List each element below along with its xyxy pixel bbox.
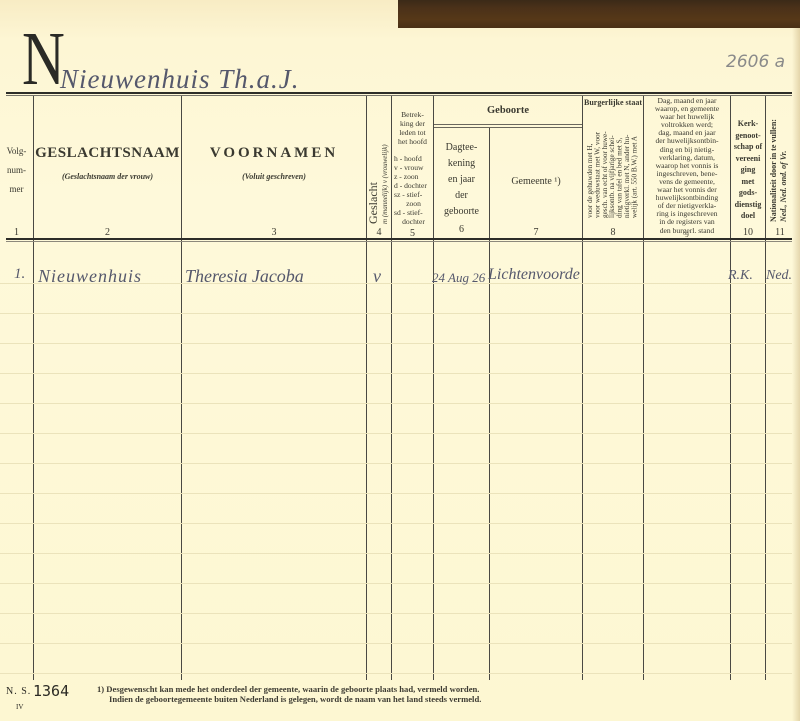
col5-line: het hoofd [392,137,433,146]
col10-line: met [731,176,765,188]
top-rule [6,92,792,94]
geslacht-title: Geslacht [368,106,379,224]
column-number: 6 [434,222,489,238]
header-rule-thin [6,241,792,242]
ruled-line [0,523,792,524]
ruled-line [0,553,792,554]
ruled-line [0,313,792,314]
col5-line: leden tot [392,128,433,137]
entry-voornamen: Theresia Jacoba [185,266,304,287]
ruled-line [0,673,792,674]
entry-nationaliteit: Ned. [766,268,792,284]
header-col-8: Burgerlijke staat voor de gehuwden met H… [583,96,643,238]
col5-line: king der [392,119,433,128]
geslachtsnaam-title: GESLACHTSNAAM [34,148,181,159]
legend-item: v - vrouw [394,163,433,172]
legend-item: sz - stief- [394,190,433,199]
reference-number: 2606 a [726,52,785,72]
geslacht-subtitle: m (mannelijk) v (vrouwelijk) [380,102,391,224]
ruled-line [0,613,792,614]
ruled-line [0,433,792,434]
column-number: 1 [0,227,33,238]
col1-line: mer [0,180,33,199]
voornamen-subtitle: (Voluit geschreven) [182,171,366,182]
col10-line: dienstig [731,199,765,211]
voornamen-title: VOORNAMEN [182,148,366,159]
header-col-10: Kerk- genoot- schap of vereeni ging met … [731,96,765,238]
ruled-line [0,643,792,644]
column-number: 5 [392,229,433,238]
ruled-line [0,403,792,404]
col5-line: Betrek- [392,110,433,119]
col6-line: geboorte [434,204,489,220]
header-col-5: Betrek- king der leden tot het hoofd h -… [392,96,433,238]
col1-line: Volg- [0,142,33,161]
footnote: 1) Desgewenscht kan mede het onderdeel d… [97,684,481,704]
geboorte-group-rule [434,124,582,125]
header-col-9: Dag, maand en jaar waarop, en gemeente w… [644,96,730,238]
col10-line: Kerk- [731,118,765,130]
column-number: 2 [34,227,181,238]
header-col-4: Geslacht m (mannelijk) v (vrouwelijk) 4 [367,96,391,238]
column-number: 8 [583,227,643,238]
col10-line: schap of [731,141,765,153]
col6-line: der [434,188,489,204]
header-col-2: GESLACHTSNAAM (Geslachtsnaam der vrouw) … [34,96,181,238]
entry-geslachtsnaam: Nieuwenhuis [38,266,142,287]
gemeente-title: Gemeente ¹) [490,176,582,187]
header-col-7: Gemeente ¹) 7 [490,128,582,238]
entry-geboortedatum: 24 Aug 26 [432,270,485,286]
col6-line: kening [434,156,489,172]
entry-geslacht: v [373,266,381,287]
burgerlijke-staat-title: Burgerlijke staat [583,98,643,107]
header-col-1: Volg- num- mer 1 [0,96,33,238]
legend-item: zoon [394,199,433,208]
form-series: IV [16,703,23,711]
col11-line: Nationaliteit door in te vullen: [769,102,779,222]
column-number: 11 [766,227,794,238]
header-col-11: Nationaliteit door in te vullen: Ned., N… [766,96,794,238]
col11-line: Ned., Ned. ond. of Vr. [779,102,789,222]
col10-line: doel [731,210,765,222]
header-rule [6,238,792,240]
binder-strip [398,0,800,28]
ruled-line [0,583,792,584]
ruled-line [0,373,792,374]
ruled-line [0,493,792,494]
column-number: 3 [182,227,366,238]
footnote-line-2: Indien de geboortegemeente buiten Nederl… [97,694,481,704]
entry-kerkgenootschap: R.K. [728,268,753,284]
geslachtsnaam-subtitle: (Geslachtsnaam der vrouw) [34,171,181,182]
legend-item: dochter [394,217,433,226]
legend-item: sd - stief- [394,208,433,217]
col6-line: Dagtee- [434,140,489,156]
legend-item: h - hoofd [394,154,433,163]
col8-line: welijk (art. 550 B.W.) met A [631,118,638,218]
column-number: 10 [731,227,765,239]
column-number: 4 [367,227,391,238]
col10-line: vereeni [731,153,765,165]
entry-gemeente: Lichtenvoorde [488,266,580,284]
legend-item: z - zoon [394,172,433,181]
legend-item: d - dochter [394,181,433,190]
header-col-6: Dagtee- kening en jaar der geboorte 6 [434,128,489,238]
surname-header: Nieuwenhuis Th.a.J. [60,64,300,95]
col6-line: en jaar [434,172,489,188]
column-number: 7 [490,227,582,238]
header-geboorte-group: Geboorte [434,96,582,124]
form-prefix: N. S. [6,686,31,697]
col1-line: num- [0,161,33,180]
entry-volgnummer: 1. [14,266,25,283]
index-letter: N [22,28,65,90]
geboorte-title: Geboorte [434,105,582,116]
header-col-3: VOORNAMEN (Voluit geschreven) 3 [182,96,366,238]
col10-line: ging [731,164,765,176]
col10-line: genoot- [731,130,765,142]
col10-line: gods- [731,187,765,199]
ruled-line [0,463,792,464]
footnote-line-1: 1) Desgewenscht kan mede het onderdeel d… [97,684,481,694]
form-number: 1364 [33,682,69,700]
ruled-line [0,343,792,344]
